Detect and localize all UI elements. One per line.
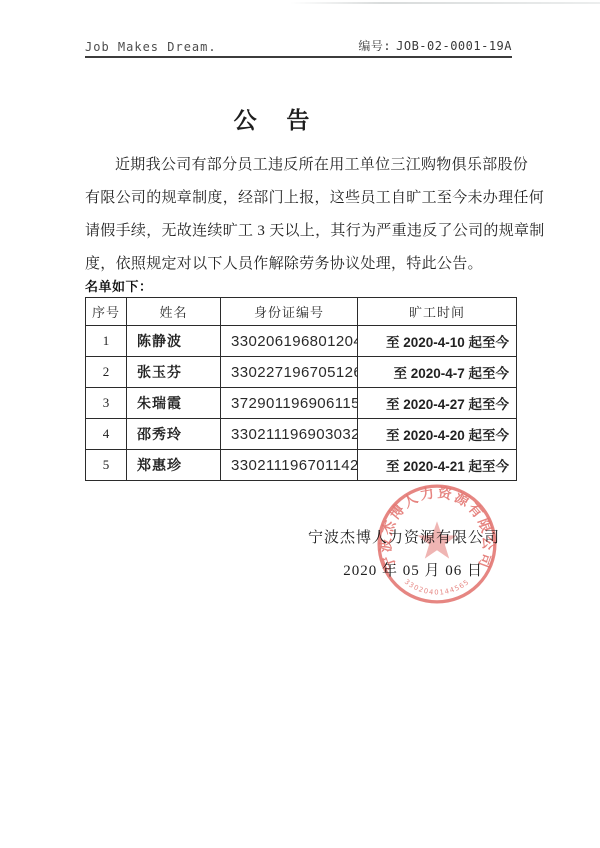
body-line: 有限公司的规章制度，经部门上报，这些员工自旷工至今未办理任何 <box>85 182 512 215</box>
cell-name: 邵秀玲 <box>127 419 221 450</box>
table-row: 4 邵秀玲 330211196903032526 至 2020-4-20 起至今 <box>86 419 517 450</box>
cell-index: 4 <box>86 419 127 450</box>
cell-index: 5 <box>86 450 127 481</box>
cell-index: 2 <box>86 357 127 388</box>
cell-name: 郑惠珍 <box>127 450 221 481</box>
absentee-table: 序号 姓名 身份证编号 旷工时间 1 陈静波 33020619680120494… <box>85 297 517 481</box>
seal-number-text: 3302040144565 <box>403 578 471 597</box>
list-intro: 名单如下： <box>85 276 153 295</box>
cell-absence-time: 至 2020-4-20 起至今 <box>358 419 517 450</box>
cell-absence-time: 至 2020-4-27 起至今 <box>358 388 517 419</box>
cell-name: 张玉芬 <box>127 357 221 388</box>
signature-company: 宁波杰博人力资源有限公司 <box>85 526 500 547</box>
table-header-row: 序号 姓名 身份证编号 旷工时间 <box>86 298 517 326</box>
cell-id-number: 372901196906115700 <box>221 388 358 419</box>
signature-date: 2020 年 05 月 06 日 <box>85 559 497 580</box>
body-line: 近期我公司有部分员工违反所在用工单位三江购物俱乐部股份 <box>85 149 512 182</box>
cell-id-number: 330211196903032526 <box>221 419 358 450</box>
letterhead: Job Makes Dream. 编号:JOB-02-0001-19A <box>85 36 512 58</box>
col-header-absence-time: 旷工时间 <box>358 298 517 326</box>
col-header-index: 序号 <box>86 298 127 326</box>
table-row: 5 郑惠珍 330211196701142065 至 2020-4-21 起至今 <box>86 450 517 481</box>
table-row: 2 张玉芬 330227196705126020 至 2020-4-7 起至今 <box>86 357 517 388</box>
document-number: 编号:JOB-02-0001-19A <box>358 37 512 54</box>
cell-name: 朱瑞霞 <box>127 388 221 419</box>
scan-artifact-line <box>290 2 600 4</box>
cell-absence-time: 至 2020-4-7 起至今 <box>358 357 517 388</box>
notice-body: 近期我公司有部分员工违反所在用工单位三江购物俱乐部股份 有限公司的规章制度，经部… <box>85 149 512 281</box>
cell-id-number: 330206196801204947 <box>221 326 358 357</box>
company-slogan: Job Makes Dream. <box>85 40 217 54</box>
cell-index: 3 <box>86 388 127 419</box>
document-page: Job Makes Dream. 编号:JOB-02-0001-19A 公 告 … <box>0 0 600 848</box>
cell-absence-time: 至 2020-4-10 起至今 <box>358 326 517 357</box>
document-number-value: JOB-02-0001-19A <box>396 39 512 53</box>
cell-index: 1 <box>86 326 127 357</box>
table-row: 1 陈静波 330206196801204947 至 2020-4-10 起至今 <box>86 326 517 357</box>
col-header-id-number: 身份证编号 <box>221 298 358 326</box>
table-row: 3 朱瑞霞 372901196906115700 至 2020-4-27 起至今 <box>86 388 517 419</box>
body-line: 请假手续，无故连续旷工 3 天以上，其行为严重违反了公司的规章制 <box>85 215 512 248</box>
cell-name: 陈静波 <box>127 326 221 357</box>
notice-title: 公 告 <box>85 102 470 135</box>
cell-id-number: 330211196701142065 <box>221 450 358 481</box>
document-number-label: 编号: <box>358 39 391 53</box>
cell-absence-time: 至 2020-4-21 起至今 <box>358 450 517 481</box>
cell-id-number: 330227196705126020 <box>221 357 358 388</box>
col-header-name: 姓名 <box>127 298 221 326</box>
